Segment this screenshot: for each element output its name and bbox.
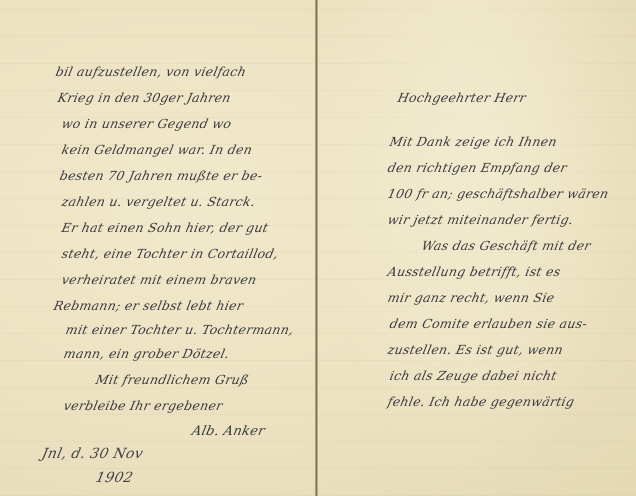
- date-line: Jnl, d. 30 Nov: [40, 446, 144, 462]
- closing-greeting: Mit freundlichem Gruß: [94, 372, 250, 387]
- left-page: bil aufzustellen, von vielfach Krieg in …: [0, 0, 316, 496]
- right-line-10: ich als Zeuge dabei nicht: [388, 368, 558, 383]
- closing-formula: verbleibe Ihr ergebener: [62, 398, 224, 413]
- right-line-2: den richtigen Empfang der: [386, 160, 568, 175]
- salutation: Hochgeehrter Herr: [396, 90, 527, 105]
- left-line-2: Krieg in den 30ger Jahren: [56, 90, 232, 105]
- right-line-6: Ausstellung betrifft, ist es: [386, 264, 562, 279]
- right-line-9: zustellen. Es ist gut, wenn: [386, 342, 564, 357]
- right-line-3: 100 fr an; geschäftshalber wären: [386, 186, 610, 201]
- left-line-5: besten 70 Jahren mußte er be-: [58, 168, 264, 183]
- right-line-5: Was das Geschäft mit der: [420, 238, 592, 253]
- right-line-7: mir ganz recht, wenn Sie: [386, 290, 556, 305]
- left-line-11: mit einer Tochter u. Tochtermann,: [64, 322, 295, 337]
- left-line-7: Er hat einen Sohn hier, der gut: [60, 220, 270, 235]
- right-line-4: wir jetzt miteinander fertig.: [386, 212, 575, 227]
- left-line-6: zahlen u. vergeltet u. Starck.: [60, 194, 257, 209]
- left-line-4: kein Geldmangel war. In den: [60, 142, 254, 157]
- left-line-12: mann, ein grober Dötzel.: [62, 346, 231, 361]
- left-line-10: Rebmann; er selbst lebt hier: [52, 298, 244, 313]
- right-line-8: dem Comite erlauben sie aus-: [388, 316, 588, 331]
- right-page: Hochgeehrter Herr Mit Dank zeige ich Ihn…: [318, 0, 636, 496]
- left-line-9: verheiratet mit einem braven: [60, 272, 258, 287]
- left-line-1: bil aufzustellen, von vielfach: [54, 64, 247, 79]
- right-line-1: Mit Dank zeige ich Ihnen: [388, 134, 558, 149]
- left-line-3: wo in unserer Gegend wo: [60, 116, 233, 131]
- left-line-8: steht, eine Tochter in Cortaillod,: [60, 246, 279, 261]
- signature: Alb. Anker: [190, 424, 266, 439]
- date-year: 1902: [94, 470, 134, 486]
- letter-scan: bil aufzustellen, von vielfach Krieg in …: [0, 0, 636, 496]
- right-line-11: fehle. Ich habe gegenwärtig: [386, 394, 576, 409]
